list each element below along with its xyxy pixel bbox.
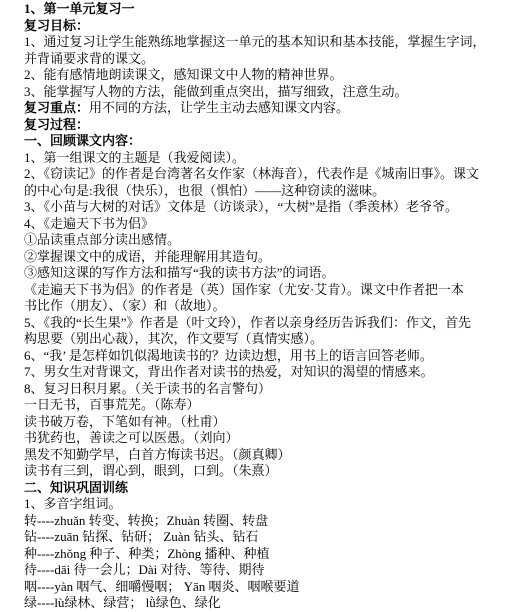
text-line: 5、《我的“长生果”》作者是（叶文玲），作者以亲身经历告诉我们：作文，首先 <box>24 315 503 332</box>
text-line: 书比作（朋友）、（家）和（故地）。 <box>24 298 503 315</box>
text-line: 《走遍天下书为侣》的作者是（英）国作家（尤安·艾肯）。课文中作者把一本 <box>24 282 503 299</box>
review-focus-line: 复习重点：用不同的方法，让学生主动去感知课文内容。 <box>24 100 503 117</box>
text-line: 转----zhuǎn 转变、转换；Zhuàn 转圈、转盘 <box>24 513 503 530</box>
text-line: ①品读重点部分读出感情。 <box>24 232 503 249</box>
text-line: ②掌握课文中的成语，并能理解用其造句。 <box>24 249 503 266</box>
text-line: 一日无书，百事荒芜。（陈寿） <box>24 397 503 414</box>
text-line: 2、《窃读记》的作者是台湾著名女作家（林海音），代表作是《城南旧事》。课文 <box>24 166 503 183</box>
line-bold-label: 复习重点： <box>24 100 89 115</box>
text-line: 构思要（别出心裁），其次，作文要写（真情实感）。 <box>24 331 503 348</box>
text-line: 3、能掌握写人物的方法，能做到重点突出，描写细致，注意生动。 <box>24 84 503 101</box>
text-line: 1、通过复习让学生能熟练地掌握这一单元的基本知识和基本技能，掌握生字词， <box>24 34 503 51</box>
text-line: 咽----yàn 咽气、细嚼慢咽； Yān 咽炎、咽喉要道 <box>24 579 503 596</box>
document-title: 1、第一单元复习一 <box>24 1 503 18</box>
text-line: 并背诵要求背的课文。 <box>24 51 503 68</box>
text-line: 2、能有感情地朗读课文，感知课文中人物的精神世界。 <box>24 67 503 84</box>
text-line: 绿----lù绿林、绿营； lǜ绿色、绿化 <box>24 595 503 612</box>
text-line: 1、第一组课文的主题是（我爱阅读）。 <box>24 150 503 167</box>
text-line: 4、《走遍天下书为侣》 <box>24 216 503 233</box>
text-line: 读书破万卷，下笔如有神。（杜甫） <box>24 414 503 431</box>
line-text: 用不同的方法，让学生主动去感知课文内容。 <box>89 100 349 115</box>
text-line: 8、复习日积月累。（关于读书的名言警句） <box>24 381 503 398</box>
text-line: 1、多音字组词。 <box>24 496 503 513</box>
text-line: ③感知这课的写作方法和描写“我的读书方法”的词语。 <box>24 265 503 282</box>
text-line: 书犹药也，善读之可以医愚。（刘向） <box>24 430 503 447</box>
text-line: 的中心句是:我很（快乐），也很（惧怕）――这种窃读的滋味。 <box>24 183 503 200</box>
heading-section-2: 二、知识巩固训练 <box>24 480 503 497</box>
text-line: 待----dāi 待一会儿；Dài 对待、等待、期待 <box>24 562 503 579</box>
text-line: 读书有三到，谓心到，眼到，口到。（朱熹） <box>24 463 503 480</box>
text-line: 7、男女生对背课文，背出作者对读书的热爱，对知识的渴望的情感来。 <box>24 364 503 381</box>
document: 1、第一单元复习一复习目标：1、通过复习让学生能熟练地掌握这一单元的基本知识和基… <box>0 0 509 612</box>
text-line: 3、《小苗与大树的对话》文体是（访谈录），“大树”是指（季羡林）老爷爷。 <box>24 199 503 216</box>
text-line: 黑发不知勤学早，白首方悔读书迟。（颜真卿） <box>24 447 503 464</box>
text-line: 钻----zuān 钻探、钻研； Zuàn 钻头、钻石 <box>24 529 503 546</box>
heading-section-1: 一、回顾课文内容： <box>24 133 503 150</box>
text-line: 种----zhǒng 种子、种类；Zhòng 播种、种植 <box>24 546 503 563</box>
heading-review-goals: 复习目标： <box>24 18 503 35</box>
heading-review-process: 复习过程： <box>24 117 503 134</box>
text-line: 6、“我’ 是怎样如饥似渴地读书的？边读边想，用书上的语言回答老师。 <box>24 348 503 365</box>
